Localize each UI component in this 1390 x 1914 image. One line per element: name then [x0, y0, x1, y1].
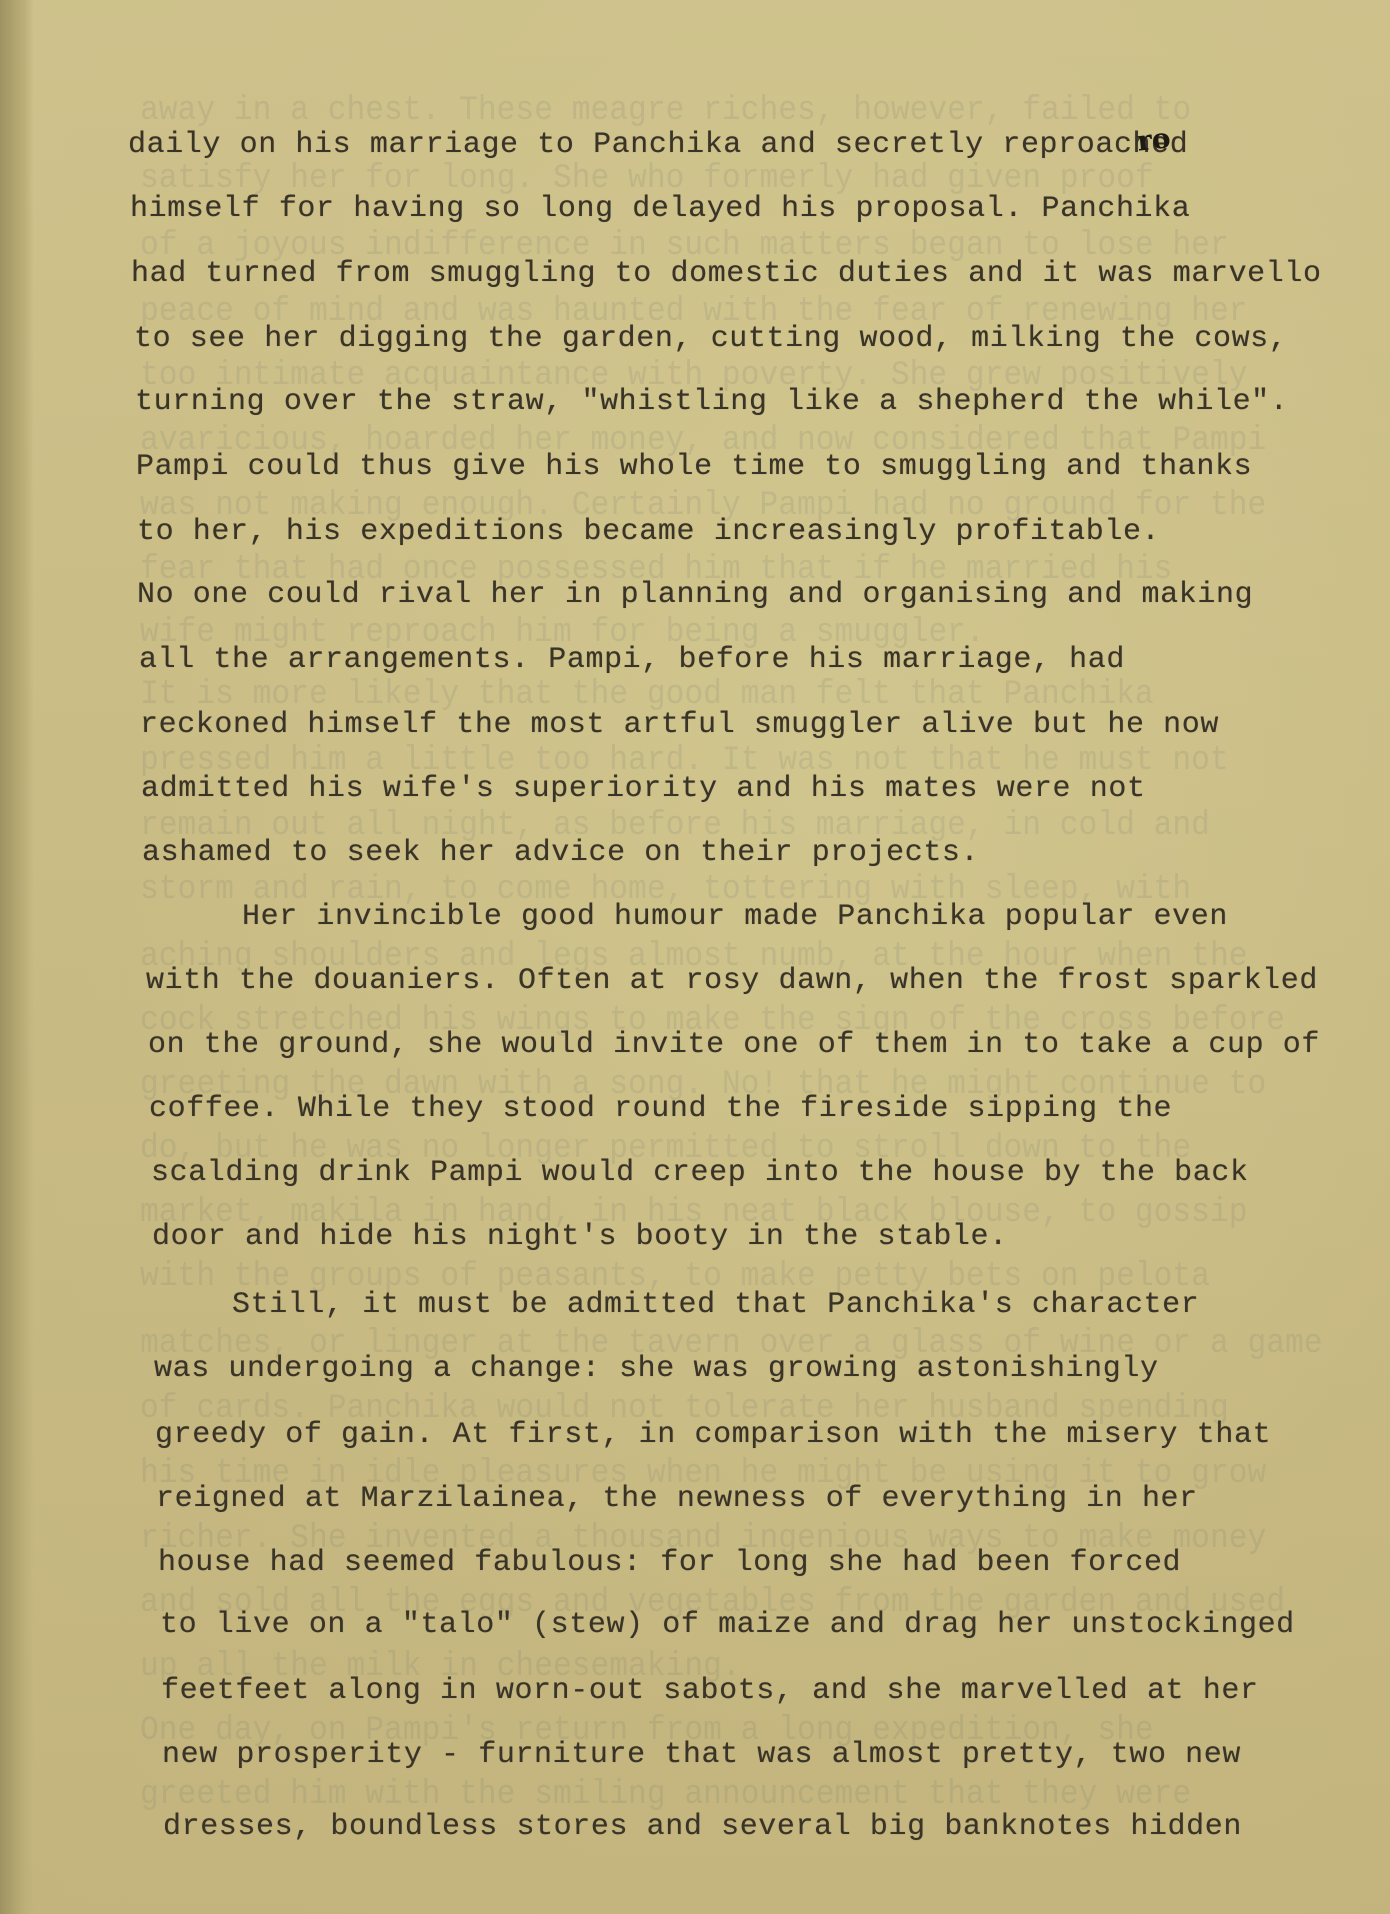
handwritten-correction: ro: [1135, 121, 1172, 157]
text-line: Her invincible good humour made Panchika…: [242, 900, 1228, 934]
text-line: was undergoing a change: she was growing…: [154, 1352, 1159, 1386]
text-line: with the douaniers. Often at rosy dawn, …: [146, 964, 1318, 998]
text-line: dresses, boundless stores and several bi…: [163, 1810, 1242, 1844]
text-line: all the arrangements. Pampi, before his …: [139, 643, 1125, 677]
text-line: reckoned himself the most artful smuggle…: [140, 708, 1219, 742]
text-line: had turned from smuggling to domestic du…: [131, 257, 1322, 291]
text-line: ashamed to seek her advice on their proj…: [142, 836, 979, 870]
text-line: scalding drink Pampi would creep into th…: [151, 1156, 1249, 1190]
text-line: on the ground, she would invite one of t…: [148, 1028, 1320, 1062]
text-line: house had seemed fabulous: for long she …: [158, 1546, 1181, 1580]
text-line: Still, it must be admitted that Panchika…: [232, 1288, 1199, 1322]
text-line: feetfeet along in worn-out sabots, and s…: [161, 1674, 1259, 1708]
text-line: turning over the straw, "whistling like …: [135, 385, 1288, 419]
typewritten-text: daily on his marriage to Panchika and se…: [0, 0, 1390, 1914]
text-line: to live on a "talo" (stew) of maize and …: [160, 1608, 1295, 1642]
text-line: reigned at Marzilainea, the newness of e…: [156, 1482, 1198, 1516]
text-line: door and hide his night's booty in the s…: [152, 1220, 1008, 1254]
text-line: new prosperity - furniture that was almo…: [162, 1738, 1241, 1772]
text-line: coffee. While they stood round the fires…: [149, 1092, 1172, 1126]
text-line: greedy of gain. At first, in comparison …: [155, 1418, 1271, 1452]
text-line: Pampi could thus give his whole time to …: [136, 450, 1252, 484]
text-line: to see her digging the garden, cutting w…: [134, 322, 1287, 356]
paper-page: away in a chest. These meagre riches, ho…: [0, 0, 1390, 1914]
text-line: himself for having so long delayed his p…: [130, 192, 1190, 226]
text-line: No one could rival her in planning and o…: [137, 578, 1253, 612]
text-line: admitted his wife's superiority and his …: [141, 772, 1146, 806]
text-line: to her, his expeditions became increasin…: [137, 515, 1160, 549]
text-line: daily on his marriage to Panchika and se…: [128, 128, 1188, 162]
